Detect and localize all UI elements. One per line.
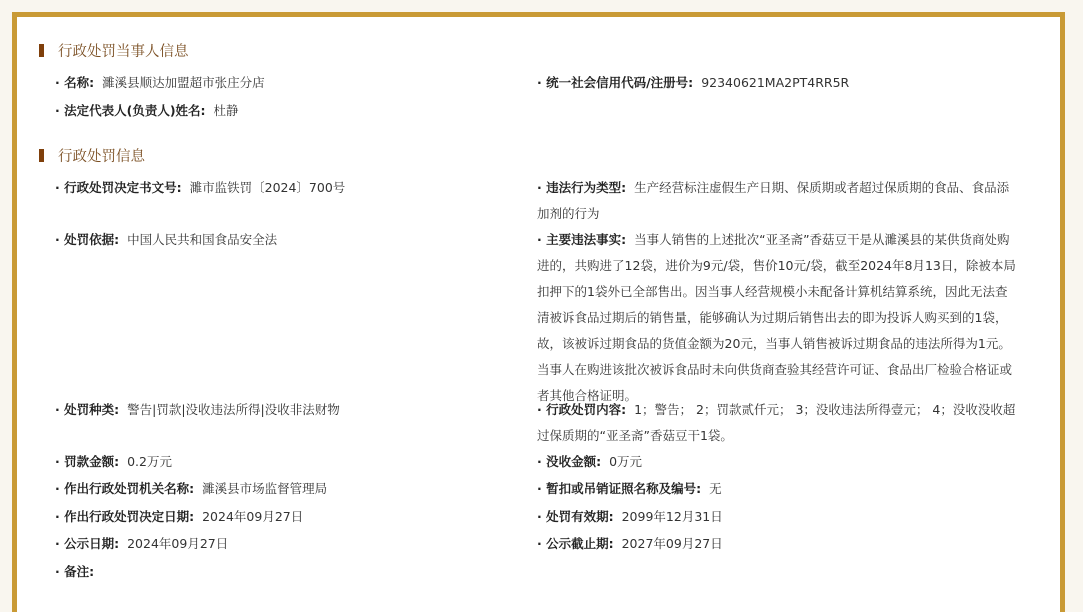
field-name: 名称:濉溪县顺达加盟超市张庄分店 [55,70,525,96]
field-authority: 作出行政处罚机关名称:濉溪县市场监督管理局 [55,476,525,502]
field-confiscation: 没收金额:0万元 [537,449,1017,475]
field-basis: 处罚依据:中国人民共和国食品安全法 [55,227,525,253]
field-publish-date: 公示日期:2024年09月27日 [55,531,525,557]
field-decision-date: 作出行政处罚决定日期:2024年09月27日 [55,504,525,530]
field-legal-rep: 法定代表人(负责人)姓名:杜静 [55,98,525,124]
field-remark: 备注: [55,559,525,585]
field-credit-code: 统一社会信用代码/注册号:92340621MA2PT4RR5R [537,70,1017,96]
penalty-detail-panel: 行政处罚当事人信息 名称:濉溪县顺达加盟超市张庄分店 统一社会信用代码/注册号:… [12,12,1065,599]
field-publish-end: 公示截止期:2027年09月27日 [537,531,1017,557]
field-violation-type: 违法行为类型:生产经营标注虚假生产日期、保质期或者超过保质期的食品、食品添加剂的… [537,175,1017,227]
field-fine: 罚款金额:0.2万元 [55,449,525,475]
field-validity: 处罚有效期:2099年12月31日 [537,504,1017,530]
field-license: 暂扣或吊销证照名称及编号:无 [537,476,1017,502]
section-penalty-info: 行政处罚信息 [39,145,145,166]
field-facts: 主要违法事实:当事人销售的上述批次“亚圣斋”香菇豆干是从濉溪县的某供货商处购进的… [537,227,1017,409]
section-title: 行政处罚信息 [58,145,145,166]
field-content: 行政处罚内容:1；警告； 2；罚款贰仟元； 3；没收违法所得壹元； 4；没收没收… [537,397,1017,449]
field-category: 处罚种类:警告|罚款|没收违法所得|没收非法财物 [55,397,525,423]
section-title: 行政处罚当事人信息 [58,40,189,61]
field-doc-no: 行政处罚决定书文号:濉市监铁罚〔2024〕700号 [55,175,525,201]
section-party-info: 行政处罚当事人信息 [39,40,189,61]
section-marker-icon [39,44,44,57]
section-marker-icon [39,149,44,162]
